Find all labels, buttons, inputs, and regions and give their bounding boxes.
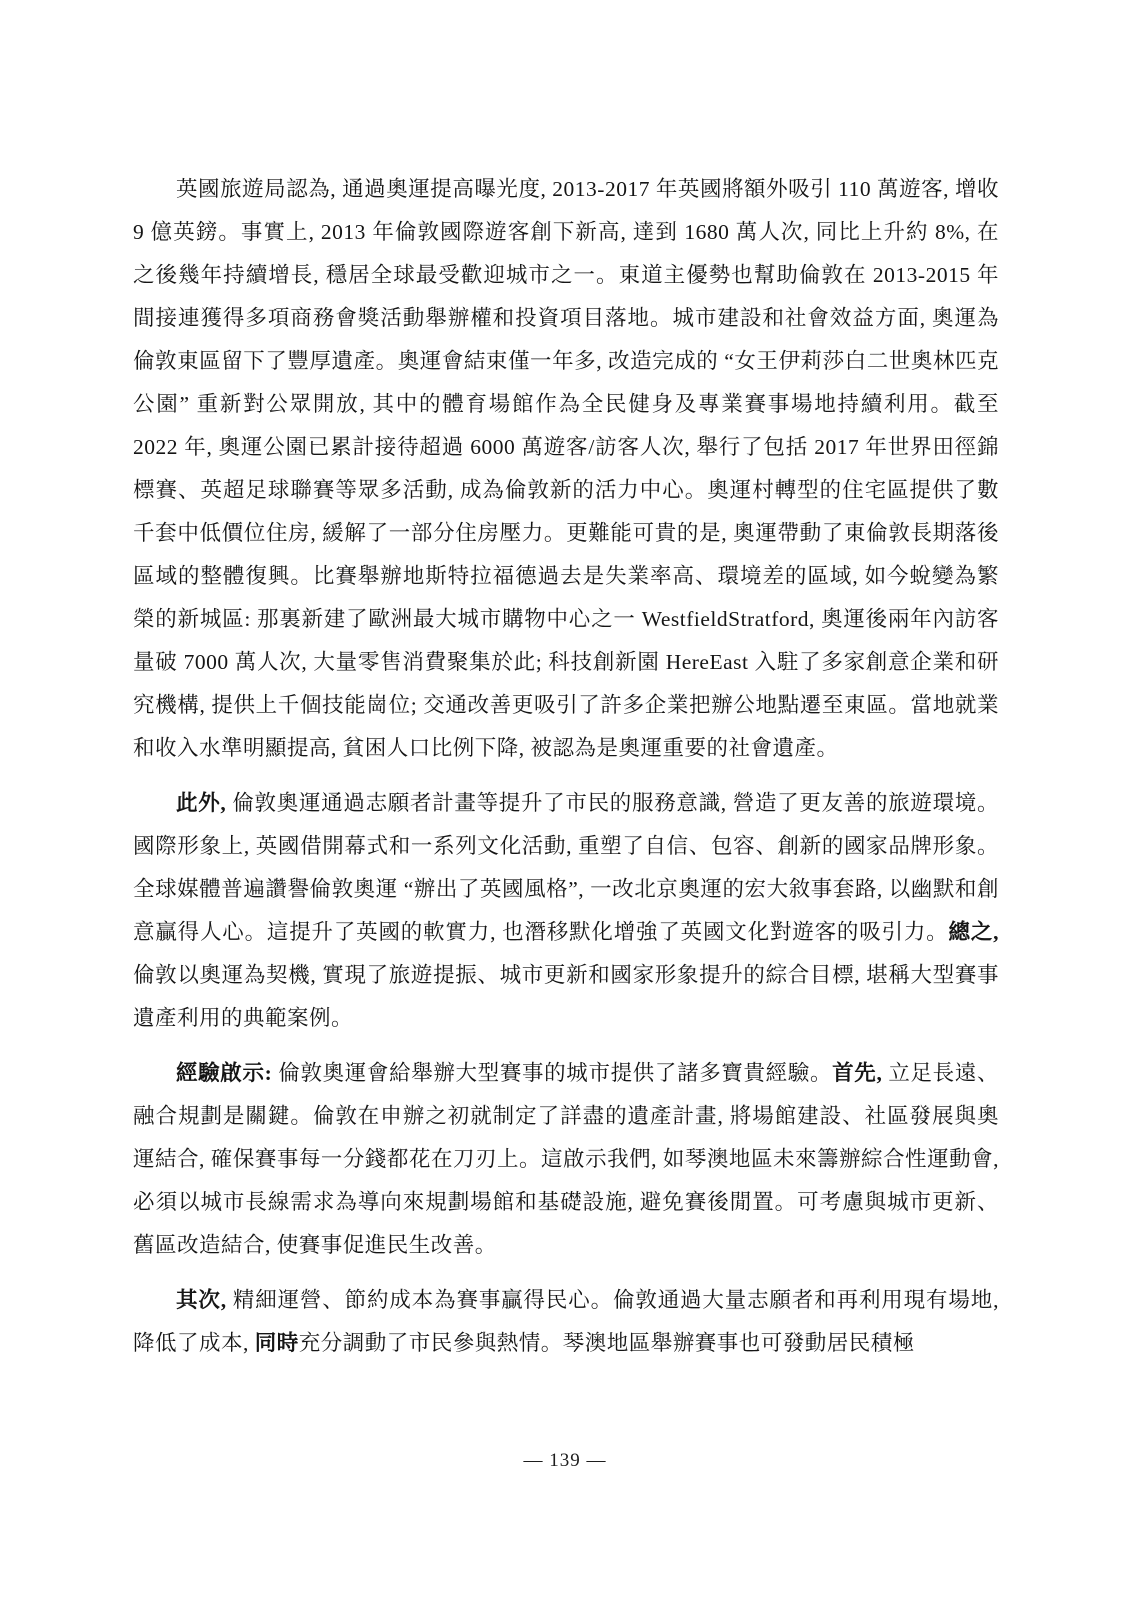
paragraph-4-bold-meanwhile: 同時 bbox=[255, 1331, 299, 1355]
paragraph-2-text: 倫敦奧運通過志願者計畫等提升了市民的服務意識, 營造了更友善的旅遊環境。國際形象… bbox=[133, 791, 999, 944]
paragraph-3-bold-lead: 經驗啟示: bbox=[176, 1061, 272, 1085]
paragraph-4-bold-lead: 其次, bbox=[176, 1288, 227, 1312]
paragraph-3: 經驗啟示: 倫敦奧運會給舉辦大型賽事的城市提供了諸多寶貴經驗。首先, 立足長遠、… bbox=[133, 1052, 999, 1267]
document-page: 英國旅遊局認為, 通過奧運提高曝光度, 2013-2017 年英國將額外吸引 1… bbox=[0, 0, 1130, 1600]
paragraph-3-text-2: 立足長遠、融合規劃是關鍵。倫敦在申辦之初就制定了詳盡的遺產計畫, 將場館建設、社… bbox=[133, 1061, 999, 1257]
paragraph-1-text: 英國旅遊局認為, 通過奧運提高曝光度, 2013-2017 年英國將額外吸引 1… bbox=[133, 177, 999, 760]
text-block: 英國旅遊局認為, 通過奧運提高曝光度, 2013-2017 年英國將額外吸引 1… bbox=[133, 168, 999, 1377]
paragraph-3-text: 倫敦奧運會給舉辦大型賽事的城市提供了諸多寶貴經驗。 bbox=[272, 1061, 832, 1085]
paragraph-4: 其次, 精細運營、節約成本為賽事贏得民心。倫敦通過大量志願者和再利用現有場地, … bbox=[133, 1279, 999, 1365]
paragraph-2-bold-lead: 此外, bbox=[176, 791, 226, 815]
paragraph-2: 此外, 倫敦奧運通過志願者計畫等提升了市民的服務意識, 營造了更友善的旅遊環境。… bbox=[133, 782, 999, 1040]
paragraph-3-bold-first: 首先, bbox=[832, 1061, 882, 1085]
paragraph-1: 英國旅遊局認為, 通過奧運提高曝光度, 2013-2017 年英國將額外吸引 1… bbox=[133, 168, 999, 770]
paragraph-2-text-2: 倫敦以奧運為契機, 實現了旅遊提振、城市更新和國家形象提升的綜合目標, 堪稱大型… bbox=[133, 963, 999, 1030]
paragraph-4-text-2: 充分調動了市民參與熱情。琴澳地區舉辦賽事也可發動居民積極 bbox=[299, 1331, 915, 1355]
page-number: — 139 — bbox=[0, 1450, 1130, 1472]
paragraph-2-bold-summary: 總之, bbox=[948, 920, 999, 944]
